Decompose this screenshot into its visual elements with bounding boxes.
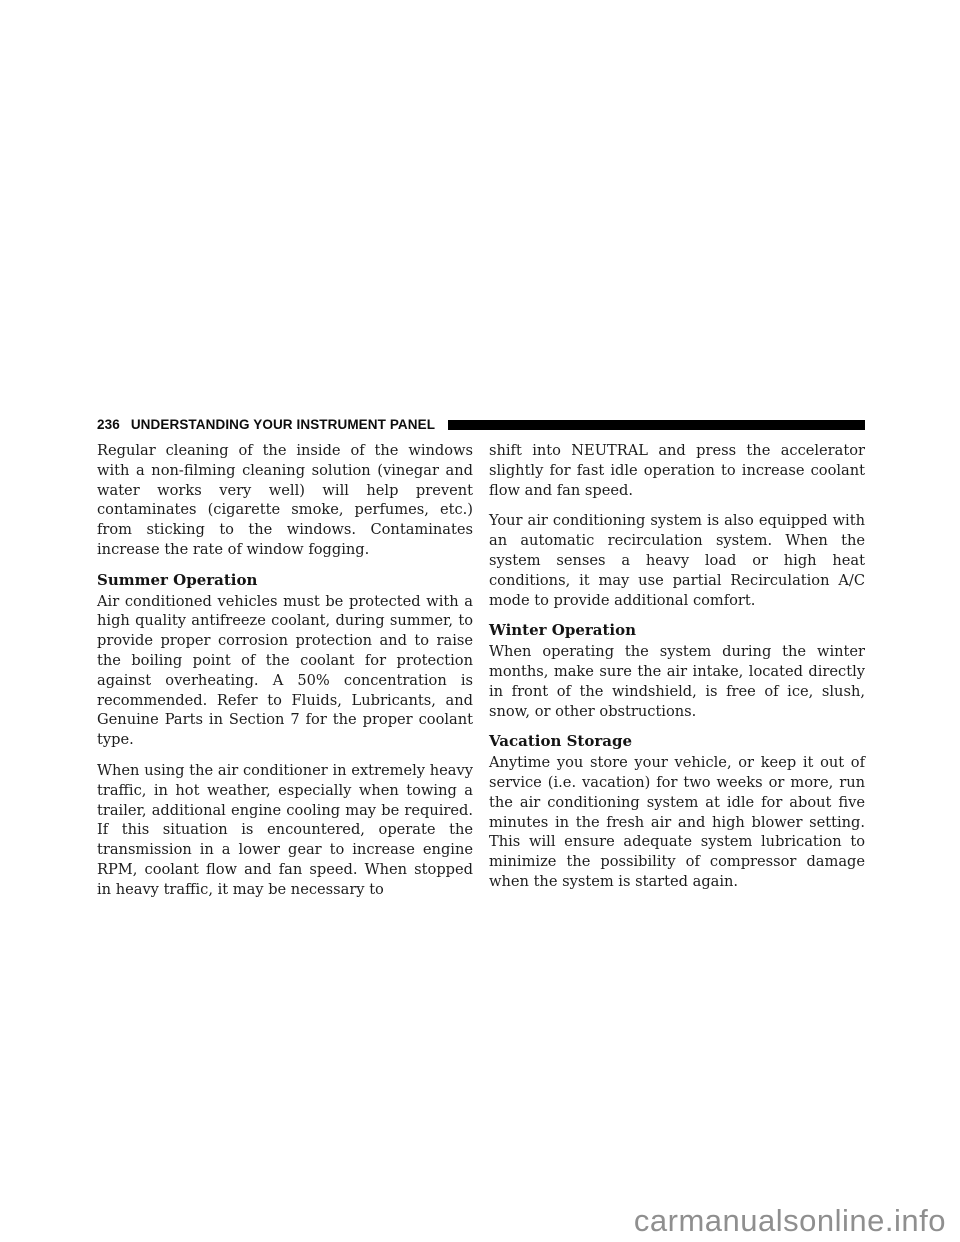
heading-vacation-storage: Vacation Storage: [489, 732, 865, 752]
left-column: Regular cleaning of the inside of the wi…: [97, 441, 473, 911]
header-rule: [448, 420, 865, 430]
heading-summer-operation: Summer Operation: [97, 571, 473, 591]
heading-winter-operation: Winter Operation: [489, 621, 865, 641]
right-column: shift into NEUTRAL and press the acceler…: [489, 441, 865, 911]
page-title: UNDERSTANDING YOUR INSTRUMENT PANEL: [131, 417, 435, 432]
paragraph-neutral-shift: shift into NEUTRAL and press the acceler…: [489, 441, 865, 500]
paragraph-winter-intake: When operating the system during the win…: [489, 642, 865, 721]
paragraph-auto-recirculation: Your air conditioning system is also equ…: [489, 511, 865, 610]
text-columns: Regular cleaning of the inside of the wi…: [97, 441, 865, 911]
watermark: carmanualsonline.info: [634, 1203, 946, 1239]
page-number: 236: [97, 417, 120, 432]
page-header: 236 UNDERSTANDING YOUR INSTRUMENT PANEL: [97, 417, 865, 432]
paragraph-window-cleaning: Regular cleaning of the inside of the wi…: [97, 441, 473, 560]
paragraph-vacation-storage: Anytime you store your vehicle, or keep …: [489, 753, 865, 892]
manual-page: 236 UNDERSTANDING YOUR INSTRUMENT PANEL …: [0, 0, 960, 1242]
paragraph-heavy-traffic: When using the air conditioner in extrem…: [97, 761, 473, 900]
paragraph-antifreeze-coolant: Air conditioned vehicles must be protect…: [97, 592, 473, 750]
